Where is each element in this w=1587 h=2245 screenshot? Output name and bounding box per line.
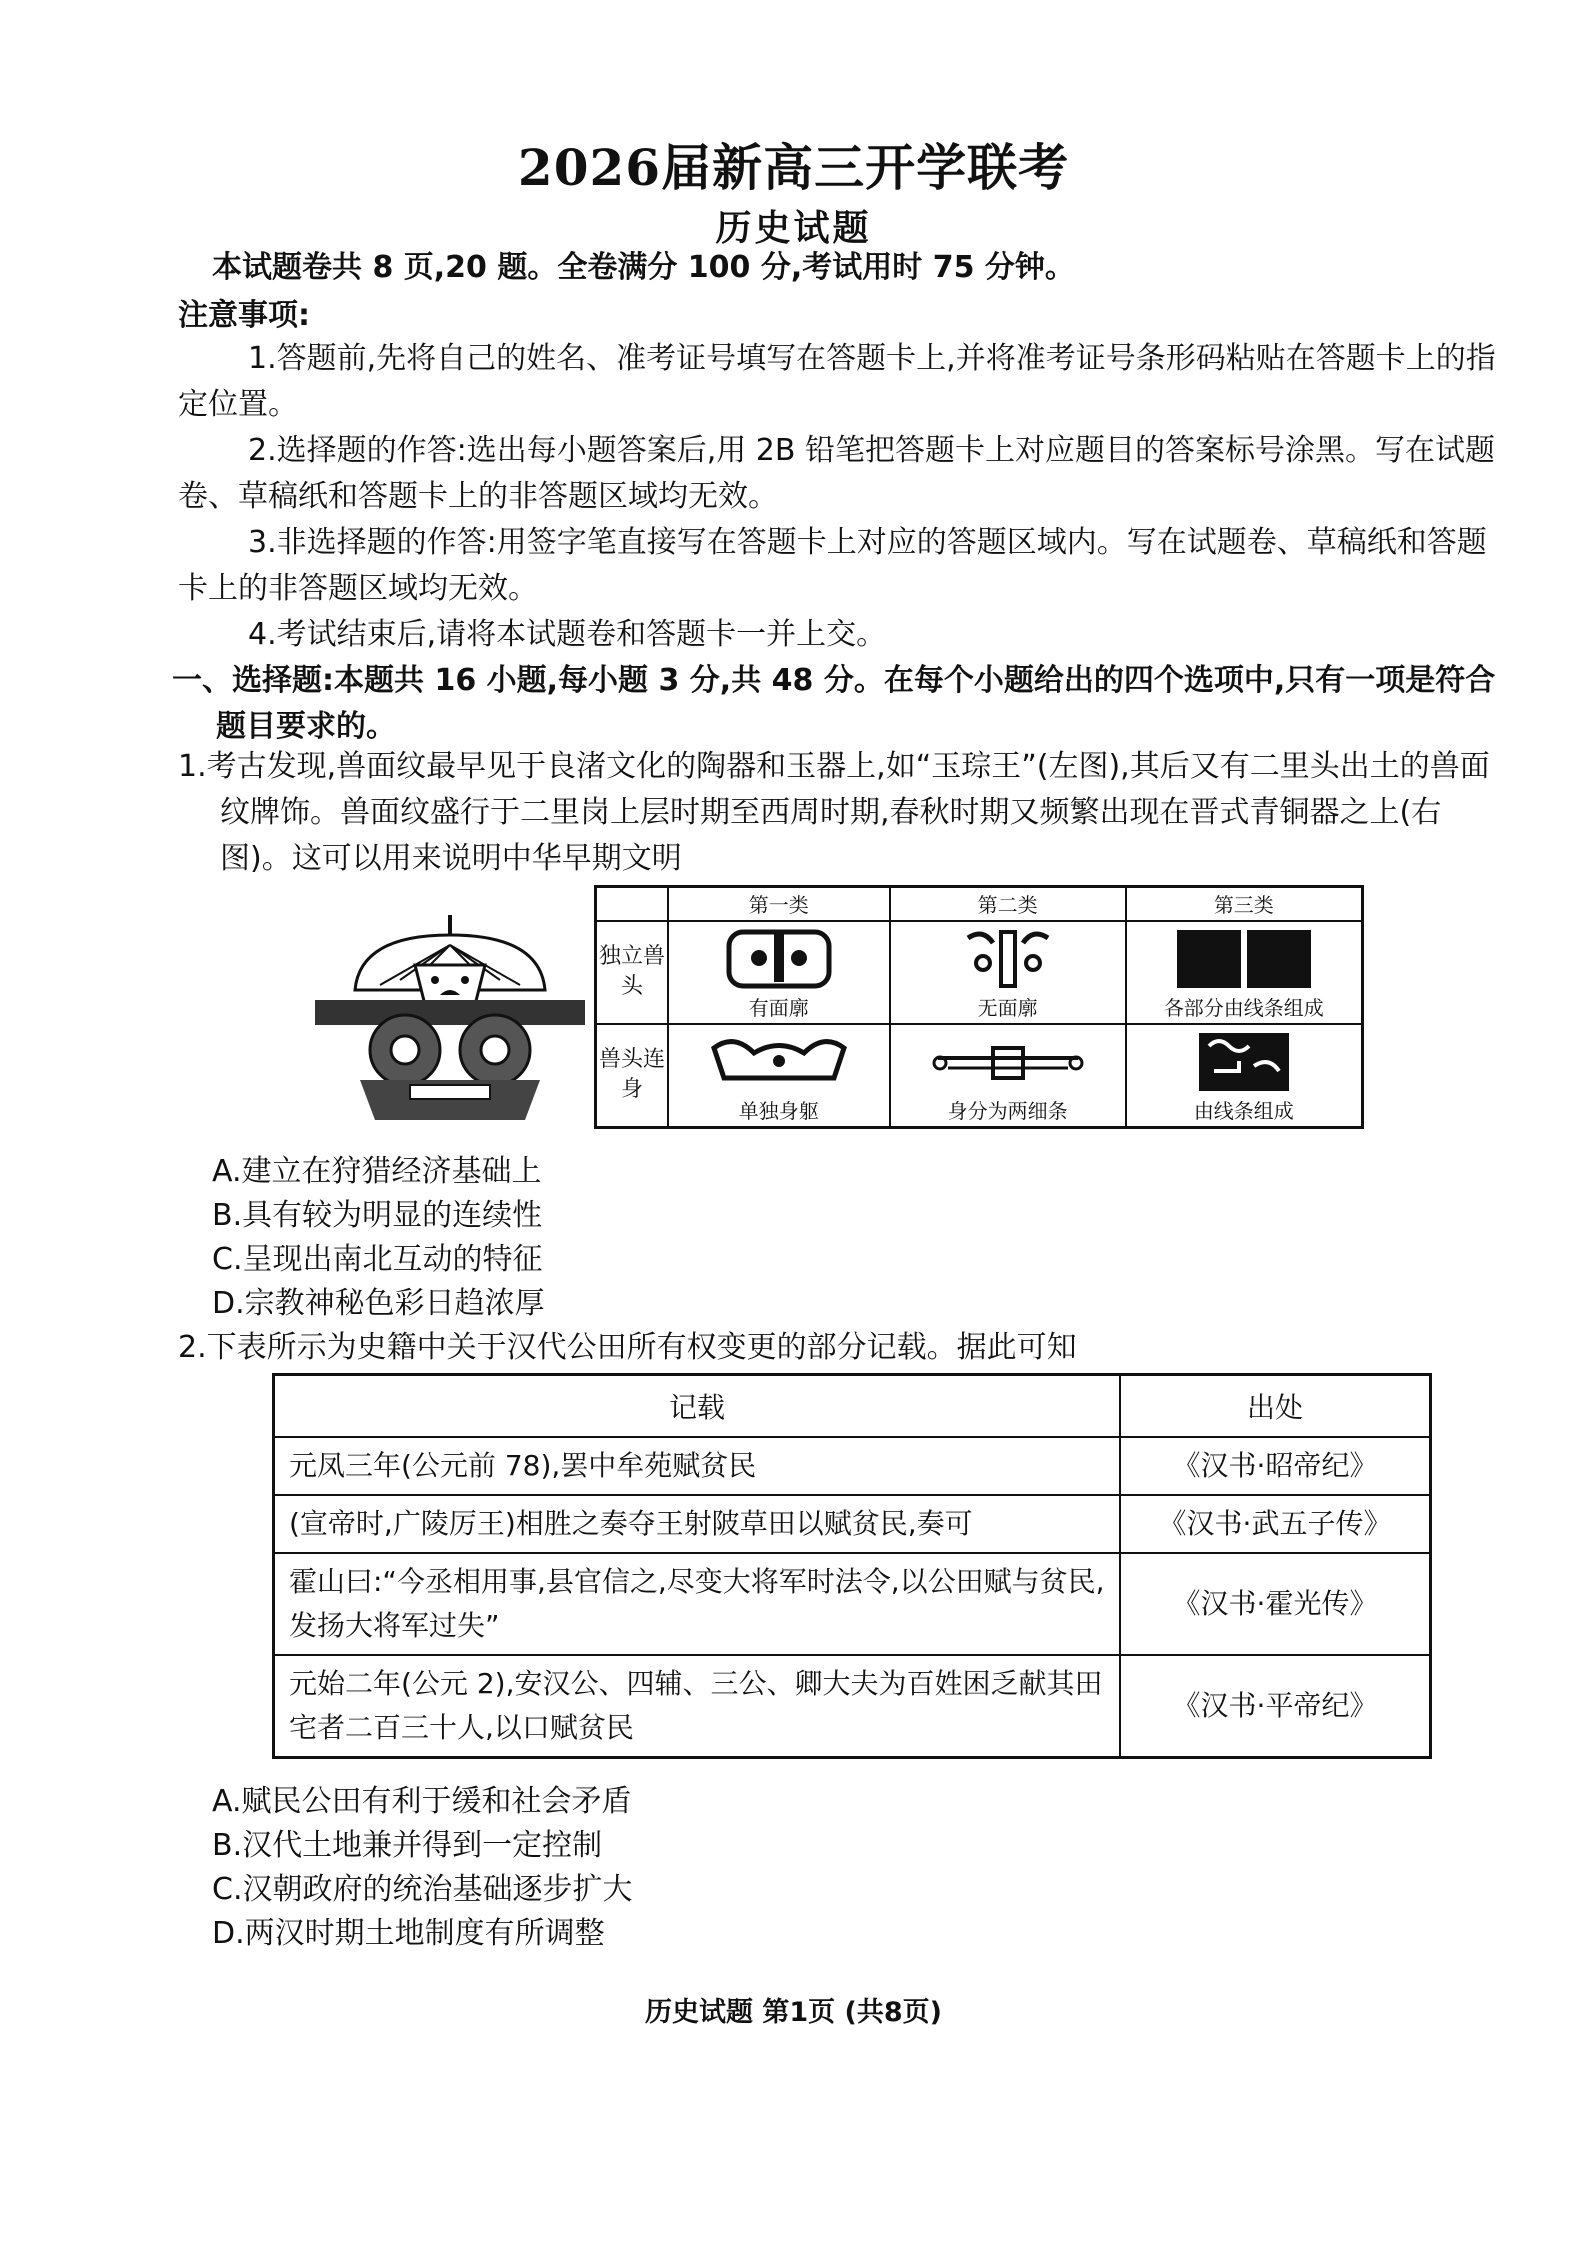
records-header-record: 记载	[274, 1375, 1121, 1438]
table-row: 元始二年(公元 2),安汉公、四辅、三公、卿大夫为百姓困乏献其田宅者二百三十人,…	[274, 1655, 1431, 1758]
exam-title: 2026届新高三开学联考	[0, 128, 1587, 200]
notice-item-1: 1.答题前,先将自己的姓名、准考证号填写在答题卡上,并将准考证号条形码粘贴在答题…	[178, 336, 1498, 428]
q1-option-c[interactable]: C.呈现出南北互动的特征	[212, 1240, 542, 1280]
question-1-stem: 1.考古发现,兽面纹最早见于良渚文化的陶器和玉器上,如“玉琮王”(左图),其后又…	[178, 744, 1498, 882]
q1-option-a[interactable]: A.建立在狩猎经济基础上	[212, 1152, 542, 1192]
beast-single-body-icon	[704, 1033, 854, 1093]
pattern-col-3: 第三类	[1126, 887, 1363, 922]
pattern-cell: 各部分由线条组成	[1126, 921, 1363, 1024]
q1-option-d[interactable]: D.宗教神秘色彩日趋浓厚	[212, 1284, 545, 1324]
pattern-row-header-1: 独立兽头	[596, 921, 669, 1024]
q1-option-b[interactable]: B.具有较为明显的连续性	[212, 1196, 542, 1236]
pattern-cell: 无面廓	[890, 921, 1126, 1024]
pattern-cell: 由线条组成	[1126, 1024, 1363, 1128]
q2-option-d[interactable]: D.两汉时期土地制度有所调整	[212, 1914, 605, 1954]
beast-split-body-icon	[928, 1033, 1088, 1093]
pattern-cell: 单独身躯	[668, 1024, 890, 1128]
records-table: 记载 出处 元凤三年(公元前 78),罢中牟苑赋贫民 《汉书·昭帝纪》 (宣帝时…	[272, 1373, 1432, 1759]
table-row: 霍山曰:“今丞相用事,县官信之,尽变大将军时法令,以公田赋与贫民,发扬大将军过失…	[274, 1553, 1431, 1655]
jade-cong-figure	[300, 905, 600, 1130]
question-2-stem: 2.下表所示为史籍中关于汉代公田所有权变更的部分记载。据此可知	[178, 1328, 1077, 1368]
q2-option-c[interactable]: C.汉朝政府的统治基础逐步扩大	[212, 1870, 632, 1910]
line-beast-body-icon	[1194, 1031, 1294, 1093]
beast-pattern-table: 第一类 第二类 第三类 独立兽头 有面廓 无面廓 各部分由线条组成 兽头连身	[594, 885, 1364, 1129]
beast-mask-no-frame-icon	[943, 928, 1073, 990]
section-heading: 一、选择题:本题共 16 小题,每小题 3 分,共 48 分。在每个小题给出的四…	[172, 658, 1502, 750]
page-footer: 历史试题 第1页 (共8页)	[0, 1990, 1587, 2029]
table-row: (宣帝时,广陵厉王)相胜之奏夺王射陂草田以赋贫民,奏可 《汉书·武五子传》	[274, 1495, 1431, 1553]
pattern-row-header-2: 兽头连身	[596, 1024, 669, 1128]
beast-mask-with-frame-icon	[714, 928, 844, 990]
records-header-source: 出处	[1120, 1375, 1431, 1438]
q2-option-b[interactable]: B.汉代土地兼并得到一定控制	[212, 1826, 602, 1866]
q2-option-a[interactable]: A.赋民公田有利于缓和社会矛盾	[212, 1782, 632, 1822]
pattern-cell: 身分为两细条	[890, 1024, 1126, 1128]
pattern-col-blank	[596, 887, 669, 922]
line-beast-mask-dark-icon	[1169, 928, 1319, 990]
pattern-col-2: 第二类	[890, 887, 1126, 922]
notice-item-2: 2.选择题的作答:选出每小题答案后,用 2B 铅笔把答题卡上对应题目的答案标号涂…	[178, 428, 1498, 520]
notice-item-3: 3.非选择题的作答:用签字笔直接写在答题卡上对应的答题区域内。写在试题卷、草稿纸…	[178, 520, 1498, 612]
beast-face-image-icon	[300, 905, 600, 1130]
exam-subtitle: 历史试题	[0, 200, 1587, 251]
pattern-col-1: 第一类	[668, 887, 890, 922]
exam-info: 本试题卷共 8 页,20 题。全卷满分 100 分,考试用时 75 分钟。	[212, 248, 1075, 288]
notice-heading: 注意事项:	[178, 296, 310, 336]
pattern-cell: 有面廓	[668, 921, 890, 1024]
exam-page: 2026届新高三开学联考 历史试题 本试题卷共 8 页,20 题。全卷满分 10…	[0, 0, 1587, 2245]
table-row: 元凤三年(公元前 78),罢中牟苑赋贫民 《汉书·昭帝纪》	[274, 1437, 1431, 1495]
notice-item-4: 4.考试结束后,请将本试题卷和答题卡一并上交。	[178, 612, 1498, 658]
